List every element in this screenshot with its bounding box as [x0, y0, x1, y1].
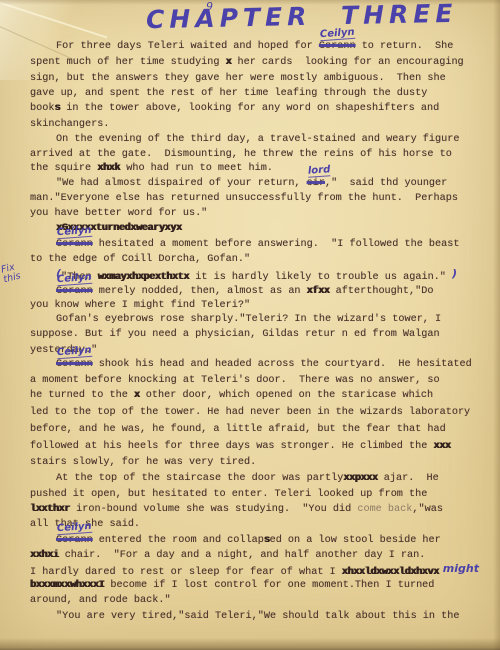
typed-text: "You are very tired,"said Teleri,"We sho…	[56, 611, 460, 622]
typed-text: merely nodded, then, almost as an	[93, 286, 307, 297]
margin-note-handwritten: Fix this	[0, 259, 34, 285]
typed-text: ," said thd younger	[325, 178, 447, 189]
faint-typed-text: come back	[357, 504, 412, 515]
typed-text: he turned to the	[30, 390, 134, 401]
typed-line: CeilynGorann hesitated a moment before a…	[56, 238, 460, 251]
typed-line: arrived at the gate. Dismounting, he thr…	[30, 148, 452, 161]
ink-struck-word: lordsir	[307, 177, 325, 190]
typed-line: man."Everyone else has returned unsucces…	[30, 192, 458, 205]
typed-text: ,"was	[412, 504, 443, 515]
typed-overstrike: xfxx	[307, 286, 330, 297]
typed-overstrike: lxxthxr	[30, 504, 70, 515]
typed-overstrike: xxx	[434, 441, 451, 452]
typed-line: stairs slowly, for he was very tired.	[30, 456, 256, 469]
handwritten-annotation: )	[452, 267, 457, 280]
typed-line: to the edge of Coill Dorcha, Gofan."	[30, 253, 250, 266]
handwritten-annotation: might	[439, 562, 479, 575]
typed-text: you have better word for us."	[30, 208, 207, 219]
typed-line: xxhxi chair. "For a day and a night, and…	[30, 549, 425, 562]
typed-line: "We had almost dispaired of your return,…	[56, 177, 447, 190]
typed-overstrike: xxhxi	[30, 550, 59, 561]
handwritten-correction: Ceilyn	[57, 346, 92, 359]
typed-line: books in the tower above, looking for an…	[30, 102, 439, 115]
page-edge-shadow-right	[493, 0, 500, 650]
handwritten-correction: Ceilyn	[57, 226, 92, 239]
typed-text: book	[30, 103, 54, 114]
handwritten-correction: Ceilyn	[57, 522, 92, 535]
chapter-title-handwritten: CHAPTER THREE	[146, 0, 458, 34]
typed-text: in the tower above, looking for any word…	[60, 103, 439, 114]
typed-line: followed at his heels for three days was…	[30, 440, 451, 453]
typed-text: before, and he was, he found, a little a…	[30, 424, 446, 435]
typed-text: Gofan's eyebrows rose sharply."Teleri? I…	[56, 314, 441, 325]
typed-text: suppose. But if you need a physician, Gi…	[30, 329, 440, 340]
typed-text: afterthought,"Do	[330, 286, 434, 297]
ink-struck-word: CeilynGorann	[56, 285, 93, 298]
ink-struck-word: CeilynGorann	[319, 40, 356, 53]
typed-line: CeilynGorann entered the room and collap…	[56, 534, 441, 547]
typed-line: ("Then wxmayxhxpexthxtx it is hardly lik…	[56, 269, 457, 284]
ink-struck-word: CeilynGorann	[56, 358, 93, 371]
typed-line: I hardly dared to rest or sleep for fear…	[30, 564, 479, 579]
handwritten-correction: Ceilyn	[57, 273, 92, 286]
typed-text: pushed it open, but hesitated to enter. …	[30, 489, 427, 500]
typed-line: At the top of the staircase the door was…	[56, 472, 439, 485]
typed-text: skinchangers.	[30, 119, 109, 130]
typed-text: iron-bound volume she was studying. "You…	[70, 504, 357, 515]
typed-overstrike: xhxxldxwxxldxhxvx	[342, 567, 439, 578]
typed-overstrike: xhxk	[97, 163, 120, 174]
page-edge-shadow-top	[0, 0, 500, 5]
typed-line: the squire xhxk who had run to meet him.	[30, 162, 273, 175]
manuscript-page: CHAPTER THREE 9 Fix this For three days …	[0, 0, 500, 650]
typed-text: the squire	[30, 163, 97, 174]
page-edge-shadow-bottom	[0, 638, 500, 650]
typed-text: On the evening of the third day, a trave…	[56, 134, 460, 145]
typed-text: to the edge of Coill Dorcha, Gofan."	[30, 254, 250, 265]
typed-text: spent much of her time studying	[30, 57, 226, 68]
typed-text: led to the top of the tower. He had neve…	[30, 407, 470, 418]
typed-line: before, and he was, he found, a little a…	[30, 423, 446, 436]
typed-text: other door, which opened on the staricas…	[140, 390, 433, 401]
typed-line: you know where I might find Teleri?"	[30, 299, 250, 312]
typed-text: I hardly dared to rest or sleep for fear…	[30, 567, 342, 578]
typed-text: you know where I might find Teleri?"	[30, 300, 250, 311]
typed-overstrike: wxmayxhxpexthxtx	[98, 272, 189, 283]
typed-text: it is hardly likely to trouble us again.…	[189, 272, 452, 283]
typed-text: become if I lost control for one moment.…	[104, 580, 434, 591]
ink-struck-word: CeilynGorann	[56, 238, 93, 251]
typed-overstrike: bxxxmxxwhxxxI	[30, 580, 104, 591]
typed-line: around, and rode back."	[30, 594, 171, 607]
typed-line: led to the top of the tower. He had neve…	[30, 406, 470, 419]
typed-line: bxxxmxxwhxxxI become if I lost control f…	[30, 579, 434, 592]
typed-text: shook his head and headed across the cou…	[93, 359, 472, 370]
typed-text: ajar. He	[378, 473, 439, 484]
typed-line: lxxthxr iron-bound volume she was studyi…	[30, 503, 443, 516]
typed-line: you have better word for us."	[30, 207, 207, 220]
typed-text: At the top of the staircase the door was…	[56, 473, 343, 484]
typed-text: hesitated a moment before answering. "I …	[93, 239, 460, 250]
typed-text: stairs slowly, for he was very tired.	[30, 457, 256, 468]
typed-line: a moment before knocking at Teleri's doo…	[30, 374, 440, 387]
typed-text: "We had almost dispaired of your return,	[56, 178, 307, 189]
typed-text: chair. "For a day and a night, and half …	[59, 550, 426, 561]
typed-text: around, and rode back."	[30, 595, 171, 606]
typed-text: her cards looking for an encouraging	[231, 57, 463, 68]
typed-line: he turned to the x other door, which ope…	[30, 389, 433, 402]
typed-text: arrived at the gate. Dismounting, he thr…	[30, 149, 452, 160]
typed-text: sign, but the answers they gave her were…	[30, 73, 446, 84]
typed-line: spent much of her time studying x her ca…	[30, 56, 464, 69]
typed-line: For three days Teleri waited and hoped f…	[56, 40, 453, 53]
typed-line: On the evening of the third day, a trave…	[56, 133, 460, 146]
typed-text: who had run to meet him.	[120, 163, 273, 174]
typed-text: gave up, and spent the rest of her time …	[30, 88, 427, 99]
handwritten-correction: lord	[307, 165, 330, 178]
typed-text: followed at his heels for three days was…	[30, 441, 434, 452]
handwritten-correction: Ceilyn	[320, 28, 355, 41]
typed-text: ed on a low stool beside her	[270, 535, 441, 546]
typed-line: gave up, and spent the rest of her time …	[30, 87, 427, 100]
typed-line: Gofan's eyebrows rose sharply."Teleri? I…	[56, 313, 441, 326]
ink-struck-word: CeilynGorann	[56, 534, 93, 547]
typed-line: suppose. But if you need a physician, Gi…	[30, 328, 440, 341]
typed-overstrike: xxpxxx	[343, 473, 377, 484]
typed-text: a moment before knocking at Teleri's doo…	[30, 375, 440, 386]
typed-text: man."Everyone else has returned unsucces…	[30, 193, 458, 204]
typed-line: sign, but the answers they gave her were…	[30, 72, 446, 85]
typed-text: to return. She	[356, 41, 454, 52]
typed-text: entered the room and collap	[93, 535, 264, 546]
typed-text: For three days Teleri waited and hoped f…	[56, 41, 319, 52]
typed-line: skinchangers.	[30, 118, 109, 131]
typed-line: "You are very tired,"said Teleri,"We sho…	[56, 610, 460, 623]
typed-line: CeilynGorann shook his head and headed a…	[56, 358, 472, 371]
typed-line: pushed it open, but hesitated to enter. …	[30, 488, 427, 501]
typed-line: CeilynGorann merely nodded, then, almost…	[56, 285, 433, 298]
